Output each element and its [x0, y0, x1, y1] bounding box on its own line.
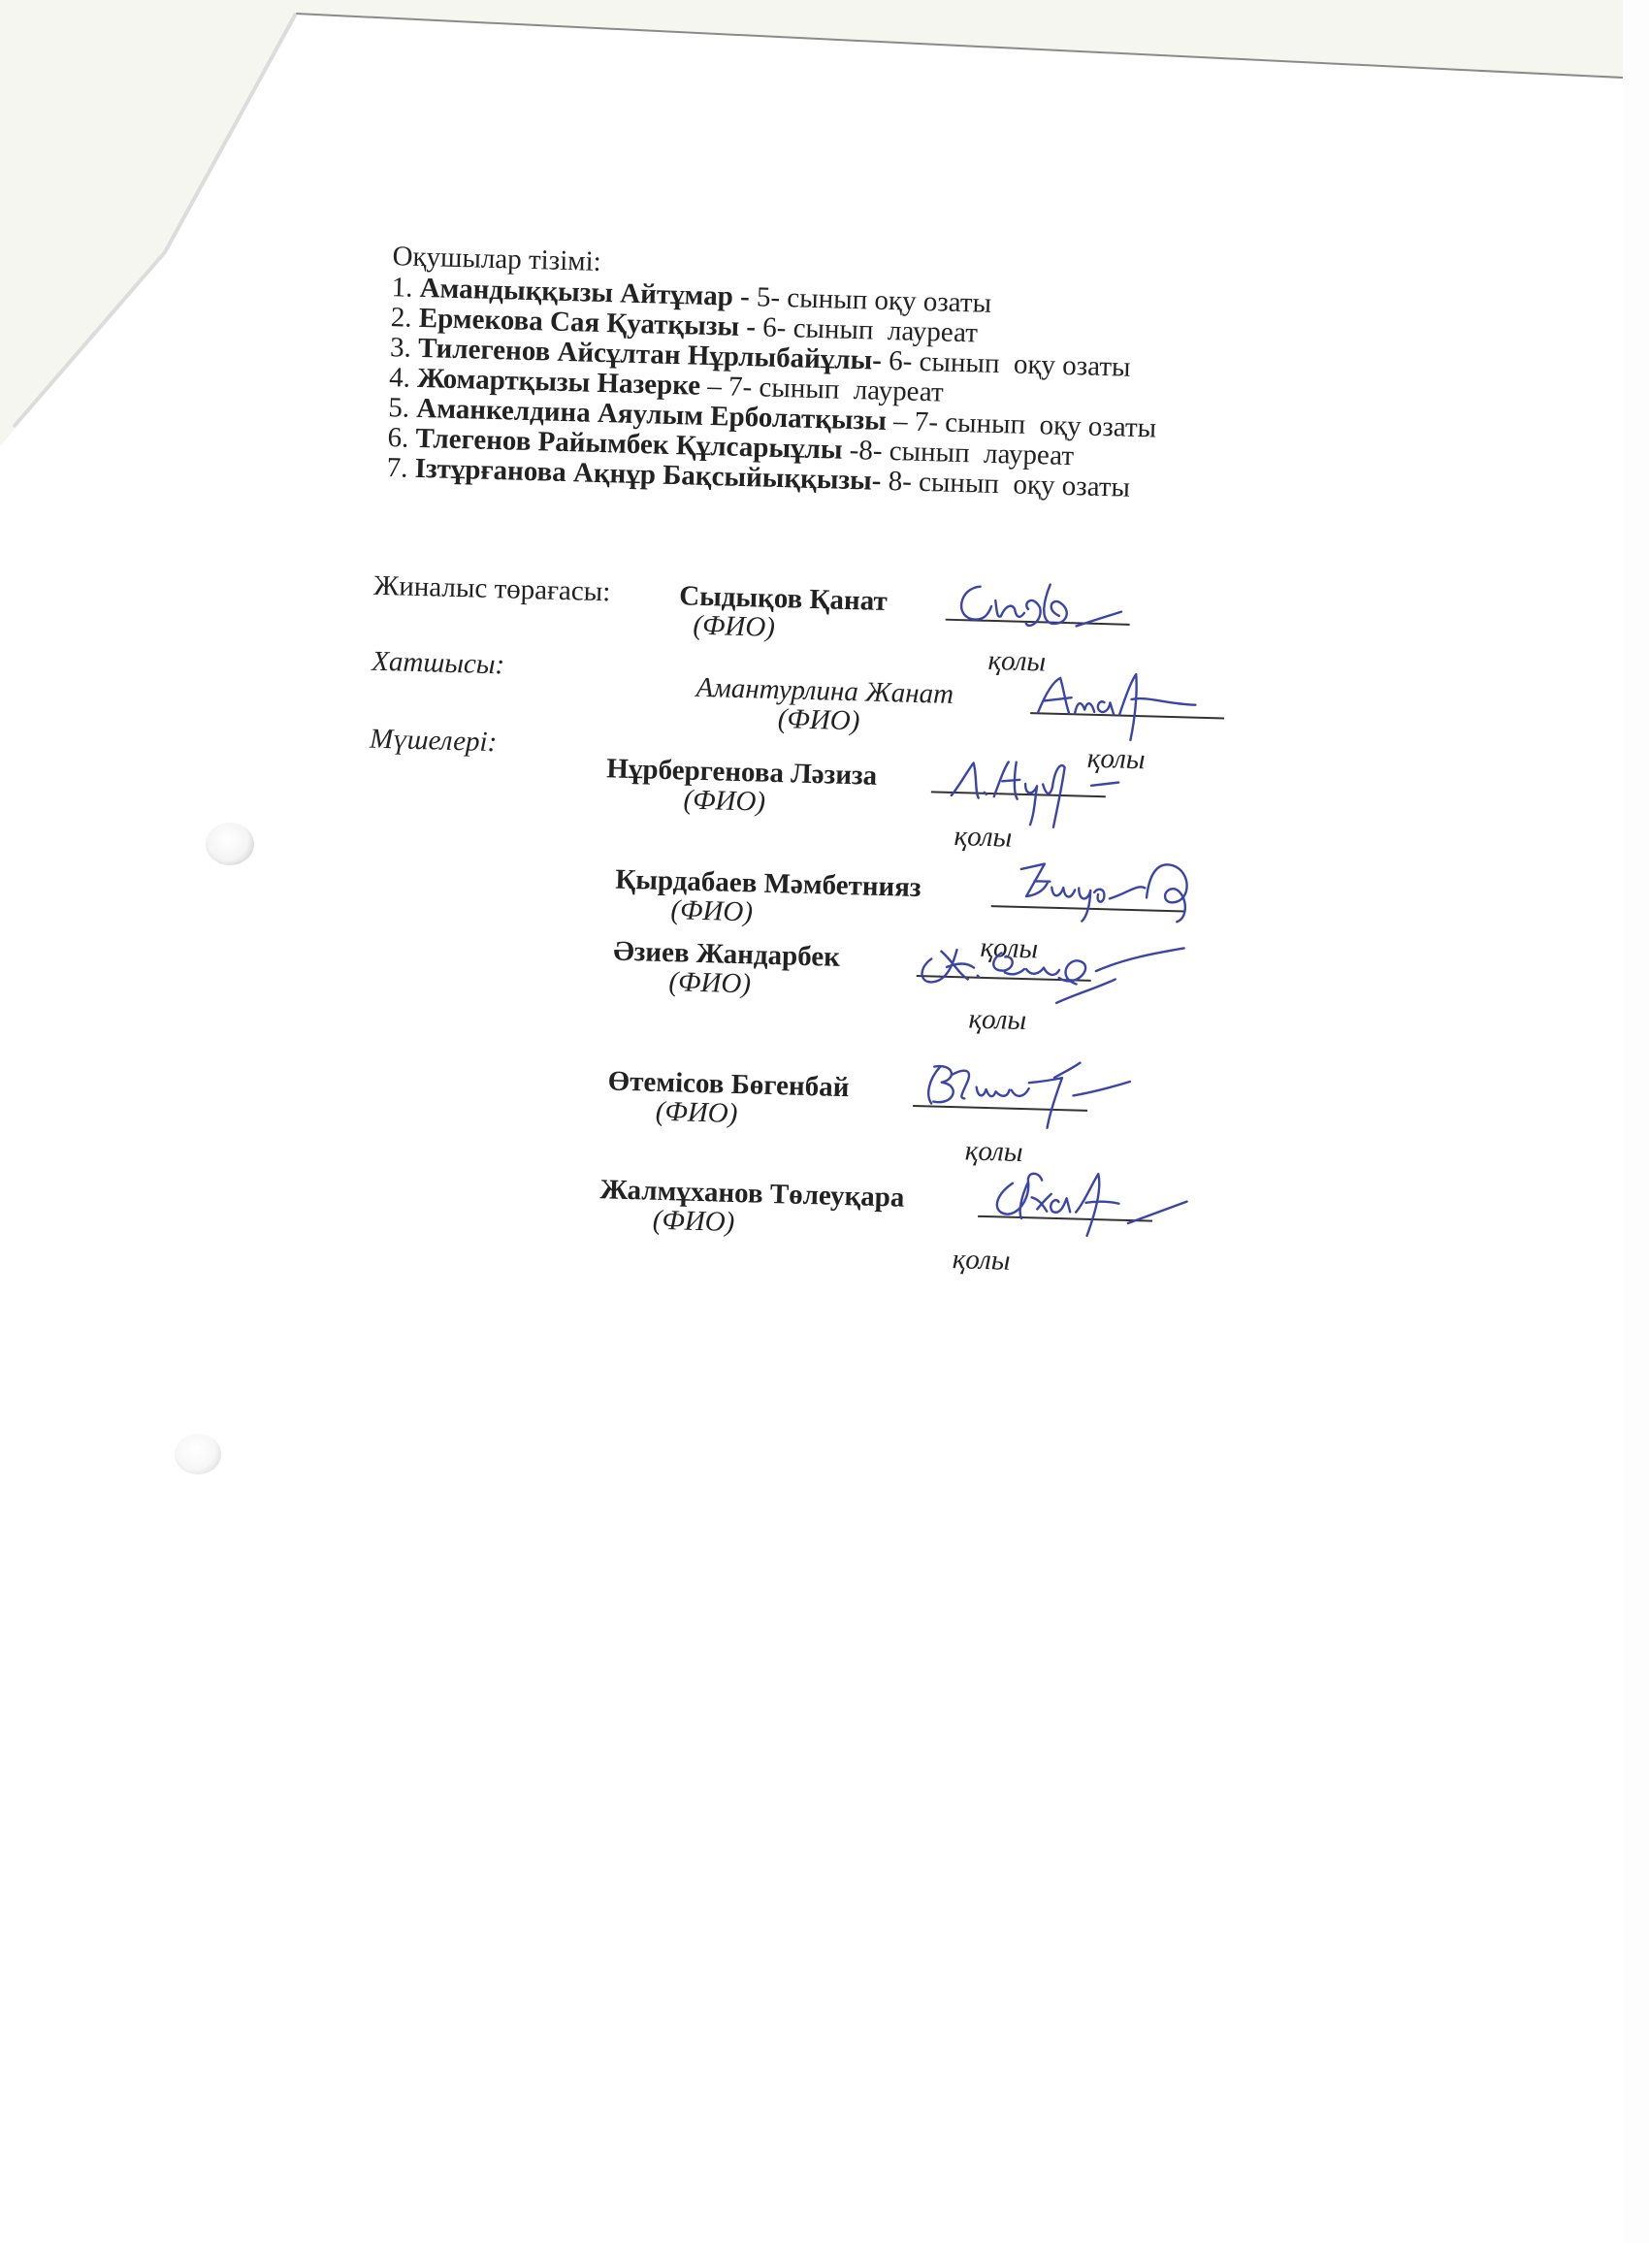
- role-label: Жиналыс төрағасы:: [373, 572, 611, 607]
- role-label: Хатшысы:: [372, 648, 505, 680]
- separator: -: [871, 466, 889, 497]
- person-name: Жалмұханов Төлеуқара: [599, 1176, 905, 1212]
- person-name: Қырдабаев Мәмбетнияз: [615, 866, 921, 903]
- sign-label: қолы: [952, 1246, 1010, 1276]
- student-award: оқу озаты: [1013, 470, 1130, 503]
- document-body: Оқушылар тізімі: 1. Амандыққызы Айтұмар …: [0, 0, 1629, 2268]
- fio-label: (ФИО): [668, 968, 751, 998]
- fio-label: (ФИО): [655, 1098, 737, 1128]
- handwritten-signature: [907, 1053, 1220, 1158]
- student-award: оқу озаты: [1014, 348, 1131, 382]
- person-name: Әзиев Жандарбек: [613, 938, 840, 972]
- fio-label: (ФИО): [670, 896, 753, 926]
- student-award: оқу озаты: [1039, 409, 1156, 443]
- fio-label: (ФИО): [652, 1207, 734, 1237]
- student-award: лауреат: [853, 374, 944, 408]
- separator: -: [842, 435, 859, 466]
- item-number: 2.: [390, 302, 412, 334]
- student-grade: 6- сынып: [762, 311, 874, 345]
- handwritten-signature: [1029, 658, 1225, 750]
- list-title: Оқушылар тізімі:: [392, 243, 601, 276]
- handwritten-signature: [950, 578, 1136, 641]
- item-number: 6.: [387, 422, 409, 454]
- separator: -: [739, 311, 763, 343]
- item-number: 1.: [391, 272, 413, 304]
- separator: –: [886, 405, 915, 437]
- item-number: 7.: [386, 452, 408, 484]
- student-grade: 8- сынып: [858, 435, 970, 469]
- sign-label: қолы: [954, 823, 1012, 853]
- handwritten-signature: [911, 931, 1223, 1018]
- student-grade: 7- сынып: [914, 406, 1025, 440]
- separator: -: [872, 345, 889, 376]
- item-number: 4.: [389, 362, 411, 394]
- separator: -: [732, 281, 757, 313]
- student-award: оқу озаты: [874, 285, 991, 319]
- student-grade: 8- сынып: [888, 466, 999, 500]
- handwritten-signature: [1000, 851, 1225, 934]
- person-name: Өтемісов Бөгенбай: [607, 1067, 849, 1102]
- student-grade: 6- сынып: [889, 345, 1000, 379]
- fio-label: (ФИО): [777, 705, 859, 735]
- item-number: 3.: [390, 332, 412, 364]
- scan-edge-right: [1623, 0, 1649, 2268]
- item-number: 5.: [388, 392, 410, 424]
- separator: –: [700, 371, 729, 403]
- handwritten-signature: [982, 1161, 1227, 1265]
- sign-label: қолы: [968, 1005, 1026, 1035]
- student-award: лауреат: [888, 315, 979, 349]
- student-award: лауреат: [984, 438, 1075, 472]
- student-grade: 5- сынып: [757, 281, 868, 315]
- fio-label: (ФИО): [683, 786, 765, 816]
- fio-label: (ФИО): [693, 612, 775, 642]
- student-grade: 7- сынып: [728, 372, 840, 405]
- role-label: Мүшелері:: [370, 726, 498, 758]
